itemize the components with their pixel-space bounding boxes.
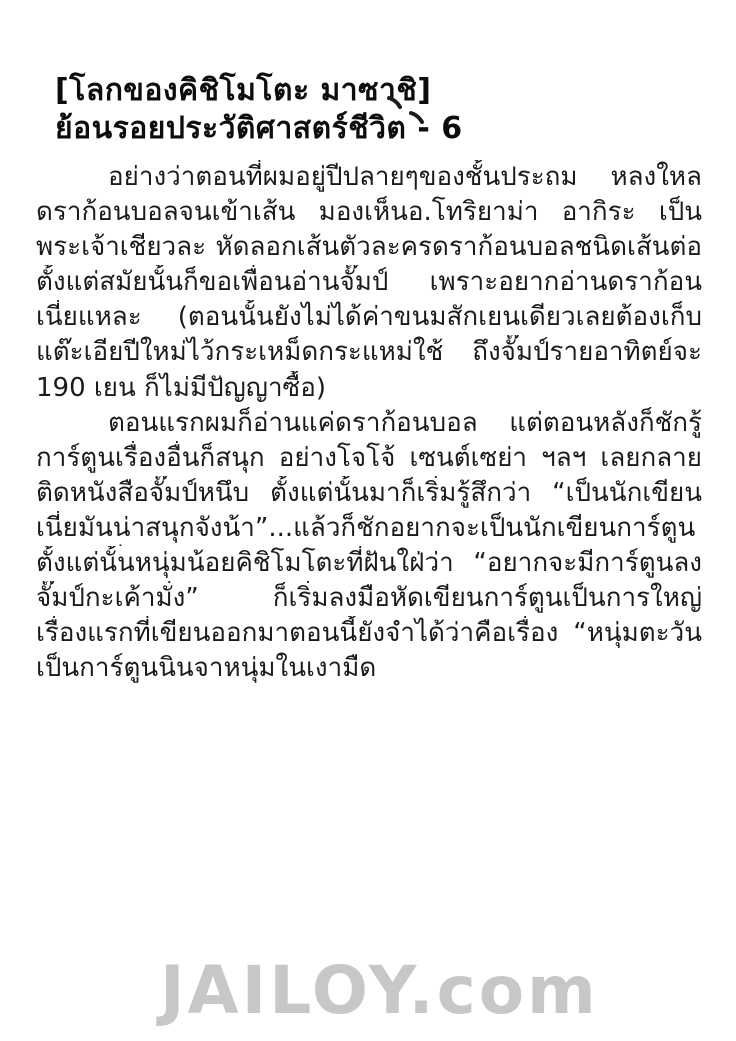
text-line: เรื่องแรกที่เขียนออกมาตอนนี้ยังจำได้ว่าค… — [36, 616, 702, 651]
text-line: เนี่ยมันน่าสนุกจังน้า”...แล้วก็ชักอยากจะ… — [36, 511, 702, 546]
text-line: ตั้งแต่นั้นหนุ่มน้อยคิชิโมโตะที่ฝันใฝ่ว่… — [36, 546, 702, 581]
text-line: เป็นการ์ตูนนินจาหนุ่มในเงามืด — [36, 651, 702, 686]
watermark: JAILOY.com — [160, 952, 599, 1029]
text-line: พระเจ้าเชียวละ หัดลอกเส้นตัวละครดราก้อนบ… — [36, 230, 702, 265]
pen-stroke-icon — [385, 93, 433, 129]
text-line: ติดหนังสือจั๊มป์หนึบ ตั้งแต่นั้นมาก็เริ่… — [36, 476, 702, 511]
text-line: ดราก้อนบอลจนเข้าเส้น มองเห็นอ.โทริยาม่า … — [36, 195, 702, 230]
text-line: อย่างว่าตอนที่ผมอยู่ปีปลายๆของชั้นประถม … — [36, 160, 702, 195]
text-line: เนี่ยแหละ (ตอนนั้นยังไม่ได้ค่าขนมสักเยนเ… — [36, 300, 702, 335]
text-line: การ์ตูนเรื่องอื่นก็สนุก อย่างโจโจ้ เซนต์… — [36, 441, 702, 476]
text-line: จั๊มป์กะเค้ามั่ง” ก็เริ่มลงมือหัดเขียนกา… — [36, 581, 702, 616]
text-line: 190 เยน ก็ไม่มีปัญญาซื้อ) — [36, 371, 702, 406]
text-line: ตอนแรกผมก็อ่านแค่ดราก้อนบอล แต่ตอนหลังก็… — [36, 406, 702, 441]
scanned-page: [โลกของคิชิโมโตะ มาซาชิ] ย้อนรอยประวัติศ… — [0, 0, 736, 1041]
body-text: อย่างว่าตอนที่ผมอยู่ปีปลายๆของชั้นประถม … — [36, 160, 702, 686]
text-line: ตั้งแต่สมัยนั้นก็ขอเพื่อนอ่านจั๊มป์ เพรา… — [36, 265, 702, 300]
text-line: แต๊ะเอียปีใหม่ไว้กระเหม็ดกระแหม่ใช้ ถึงจ… — [36, 335, 702, 370]
